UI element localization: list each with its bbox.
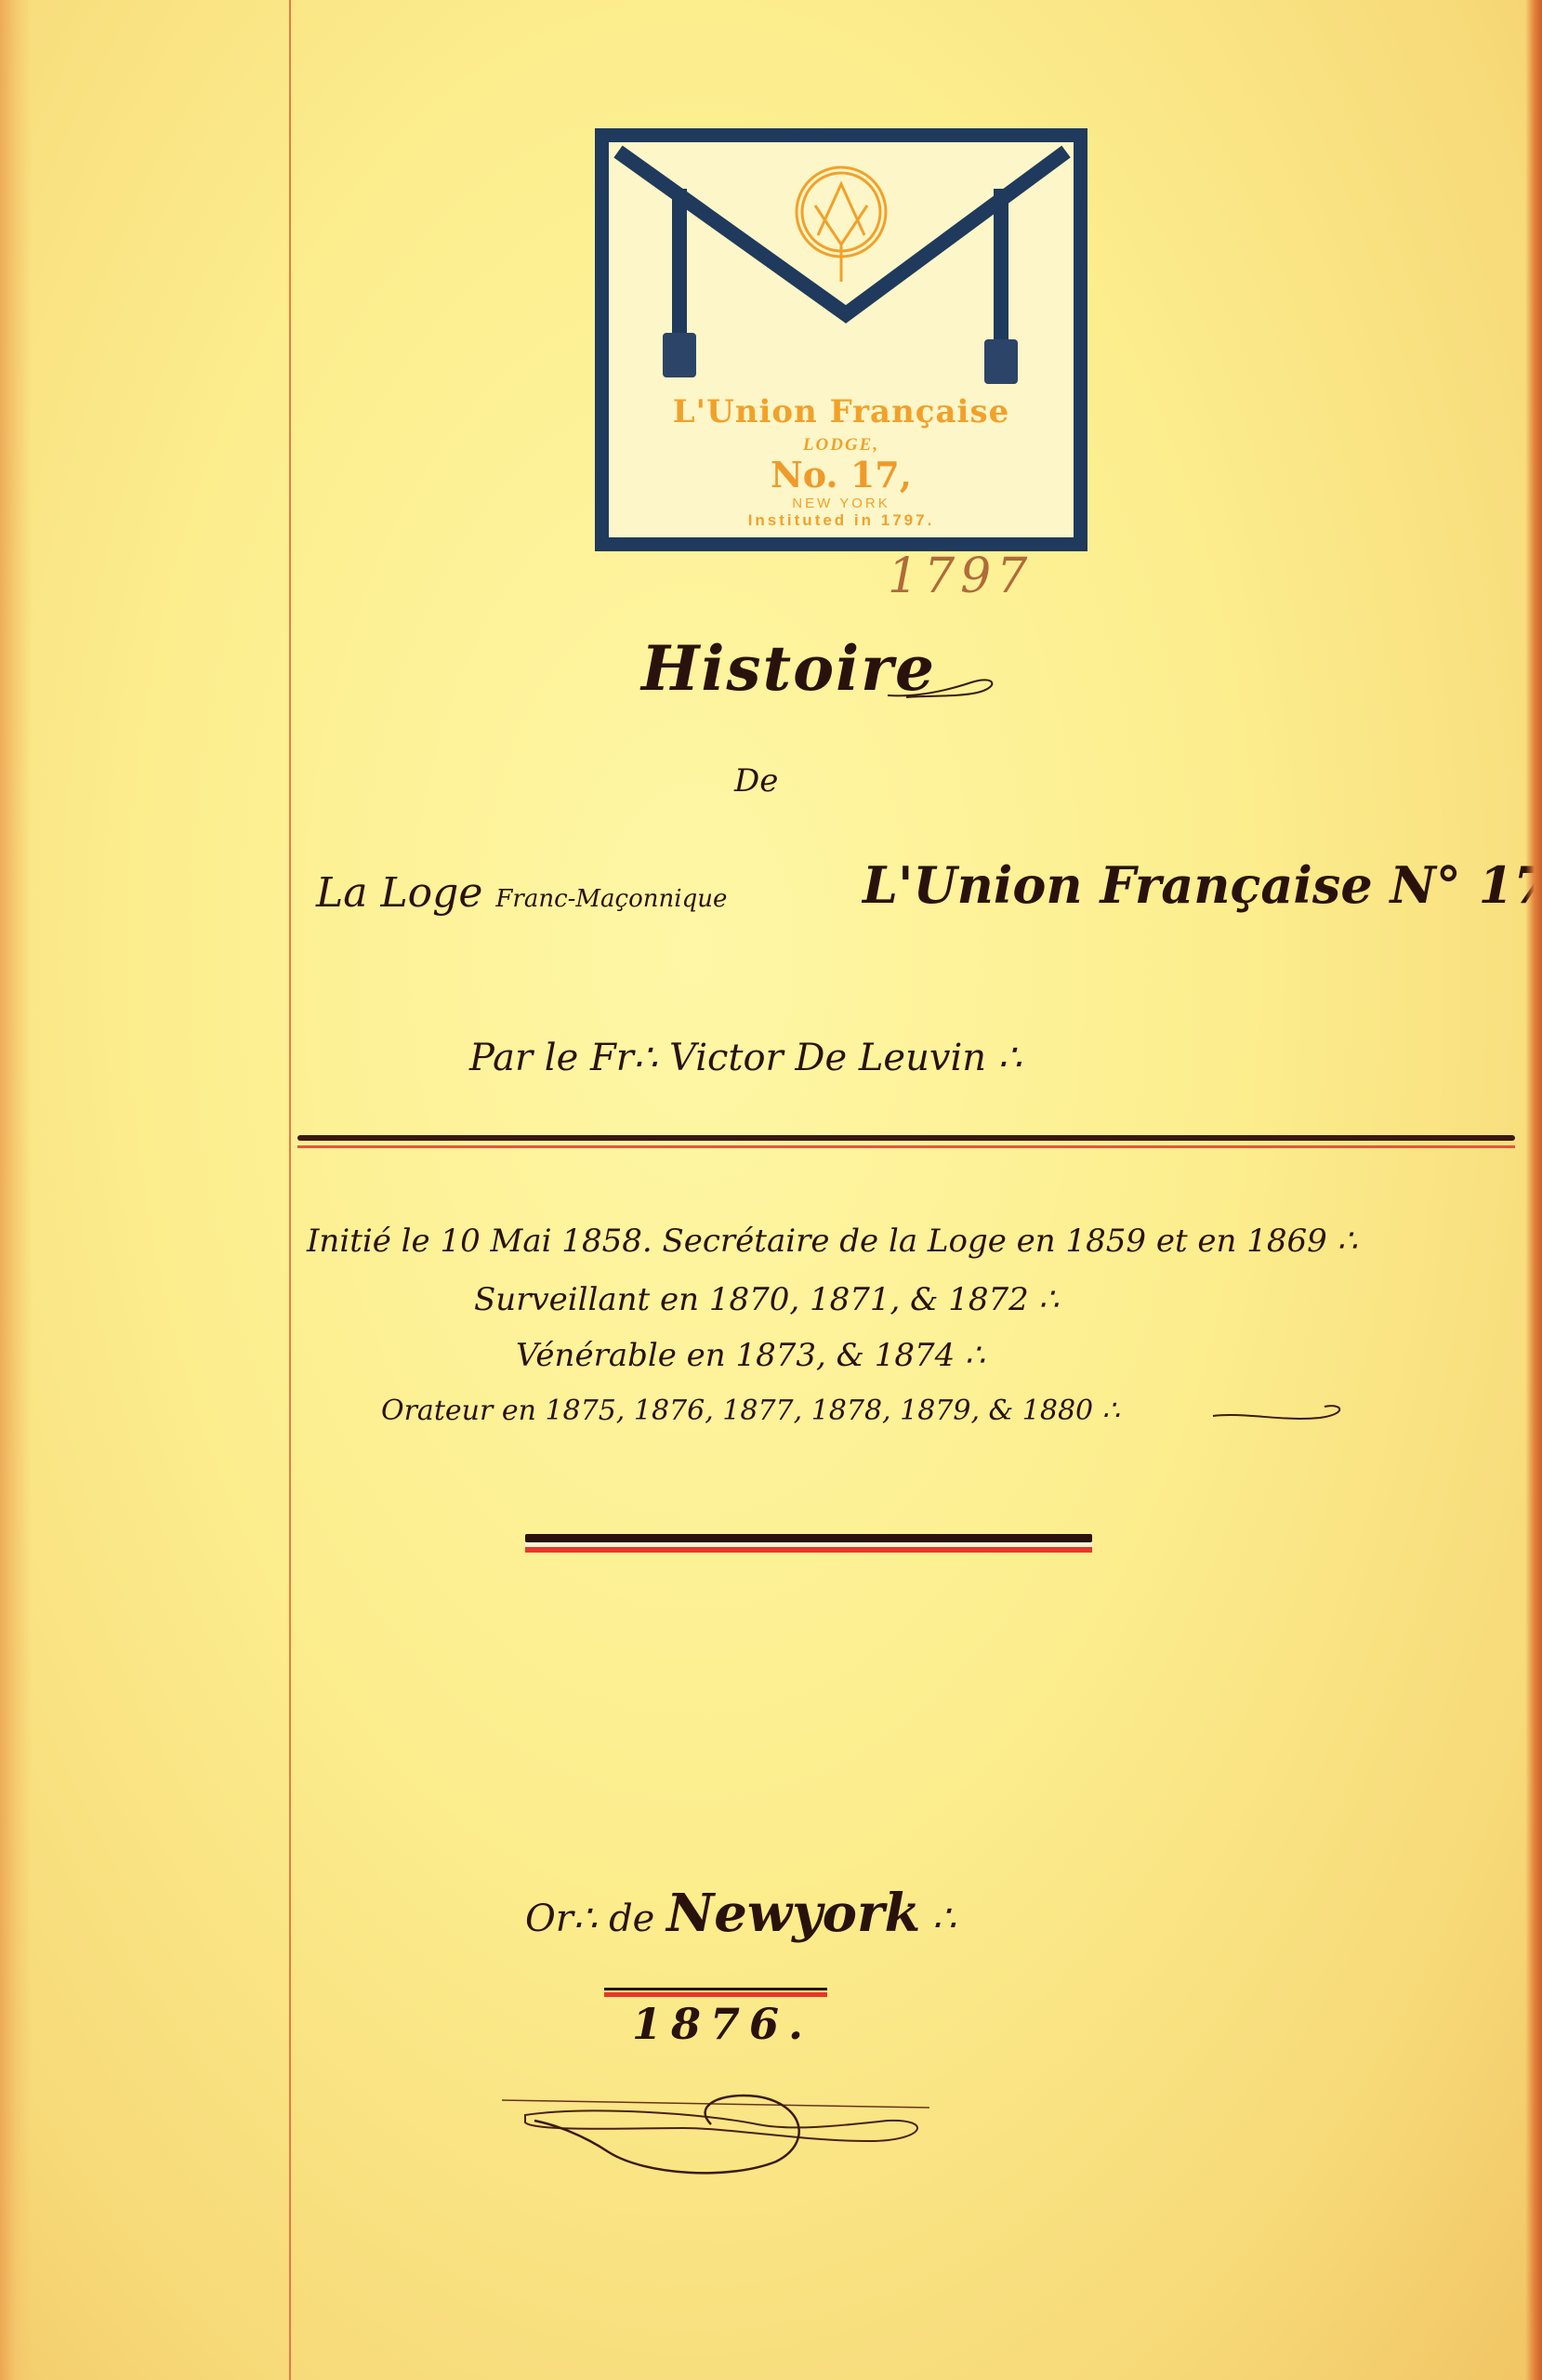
- footer-rule-red: [604, 1992, 827, 1997]
- stamp-lodge-label: LODGE,: [609, 435, 1074, 456]
- tricolor-rule-black: [525, 1534, 1092, 1542]
- stamp-city: NEW YORK: [609, 496, 1074, 511]
- margin-rule: [289, 0, 291, 2380]
- square-and-compasses-icon: [797, 167, 886, 282]
- tricolor-rule-red: [525, 1547, 1092, 1553]
- lodge-name: L'Union Française N° 17 ∴: [863, 855, 1542, 915]
- career-line-venerable: Vénérable en 1873, & 1874 ∴: [516, 1337, 985, 1374]
- stamp-lodge-number: No. 17,: [609, 454, 1074, 496]
- stamp-instituted: Instituted in 1797.: [609, 511, 1074, 530]
- title-de: De: [734, 762, 778, 800]
- loge-line: La Loge Franc-Maçonnique: [316, 869, 727, 917]
- career-line-initiated: Initié le 10 Mai 1858. Secrétaire de la …: [307, 1223, 1357, 1260]
- closing-flourish: [497, 2087, 934, 2180]
- author-line: Par le Fr∴ Victor De Leuvin ∴: [469, 1037, 1021, 1079]
- loge-prefix: La Loge: [316, 869, 482, 917]
- manuscript-page: L'Union Française LODGE, No. 17, NEW YOR…: [0, 0, 1542, 2380]
- place-line: Or∴ de Newyork ∴: [525, 1883, 956, 1944]
- footer-year: 1876.: [632, 1999, 812, 2049]
- place-prefix: Or∴ de: [525, 1897, 654, 1940]
- place-name: Newyork: [666, 1883, 920, 1944]
- career-line-surveillant: Surveillant en 1870, 1871, & 1872 ∴: [474, 1281, 1059, 1318]
- divider-rule: [297, 1135, 1515, 1141]
- footer-rule-black: [604, 1988, 827, 1990]
- pencil-annotation: 1797: [888, 549, 1033, 604]
- loge-type: Franc-Maçonnique: [495, 885, 727, 913]
- title-flourish: [888, 669, 999, 707]
- career-flourish: [1208, 1399, 1348, 1427]
- lodge-stamp: L'Union Française LODGE, No. 17, NEW YOR…: [595, 128, 1087, 551]
- place-suffix: ∴: [932, 1897, 956, 1940]
- divider-rule-red: [297, 1145, 1515, 1148]
- stamp-lodge-name: L'Union Française: [609, 393, 1074, 430]
- career-line-orateur: Orateur en 1875, 1876, 1877, 1878, 1879,…: [381, 1395, 1120, 1427]
